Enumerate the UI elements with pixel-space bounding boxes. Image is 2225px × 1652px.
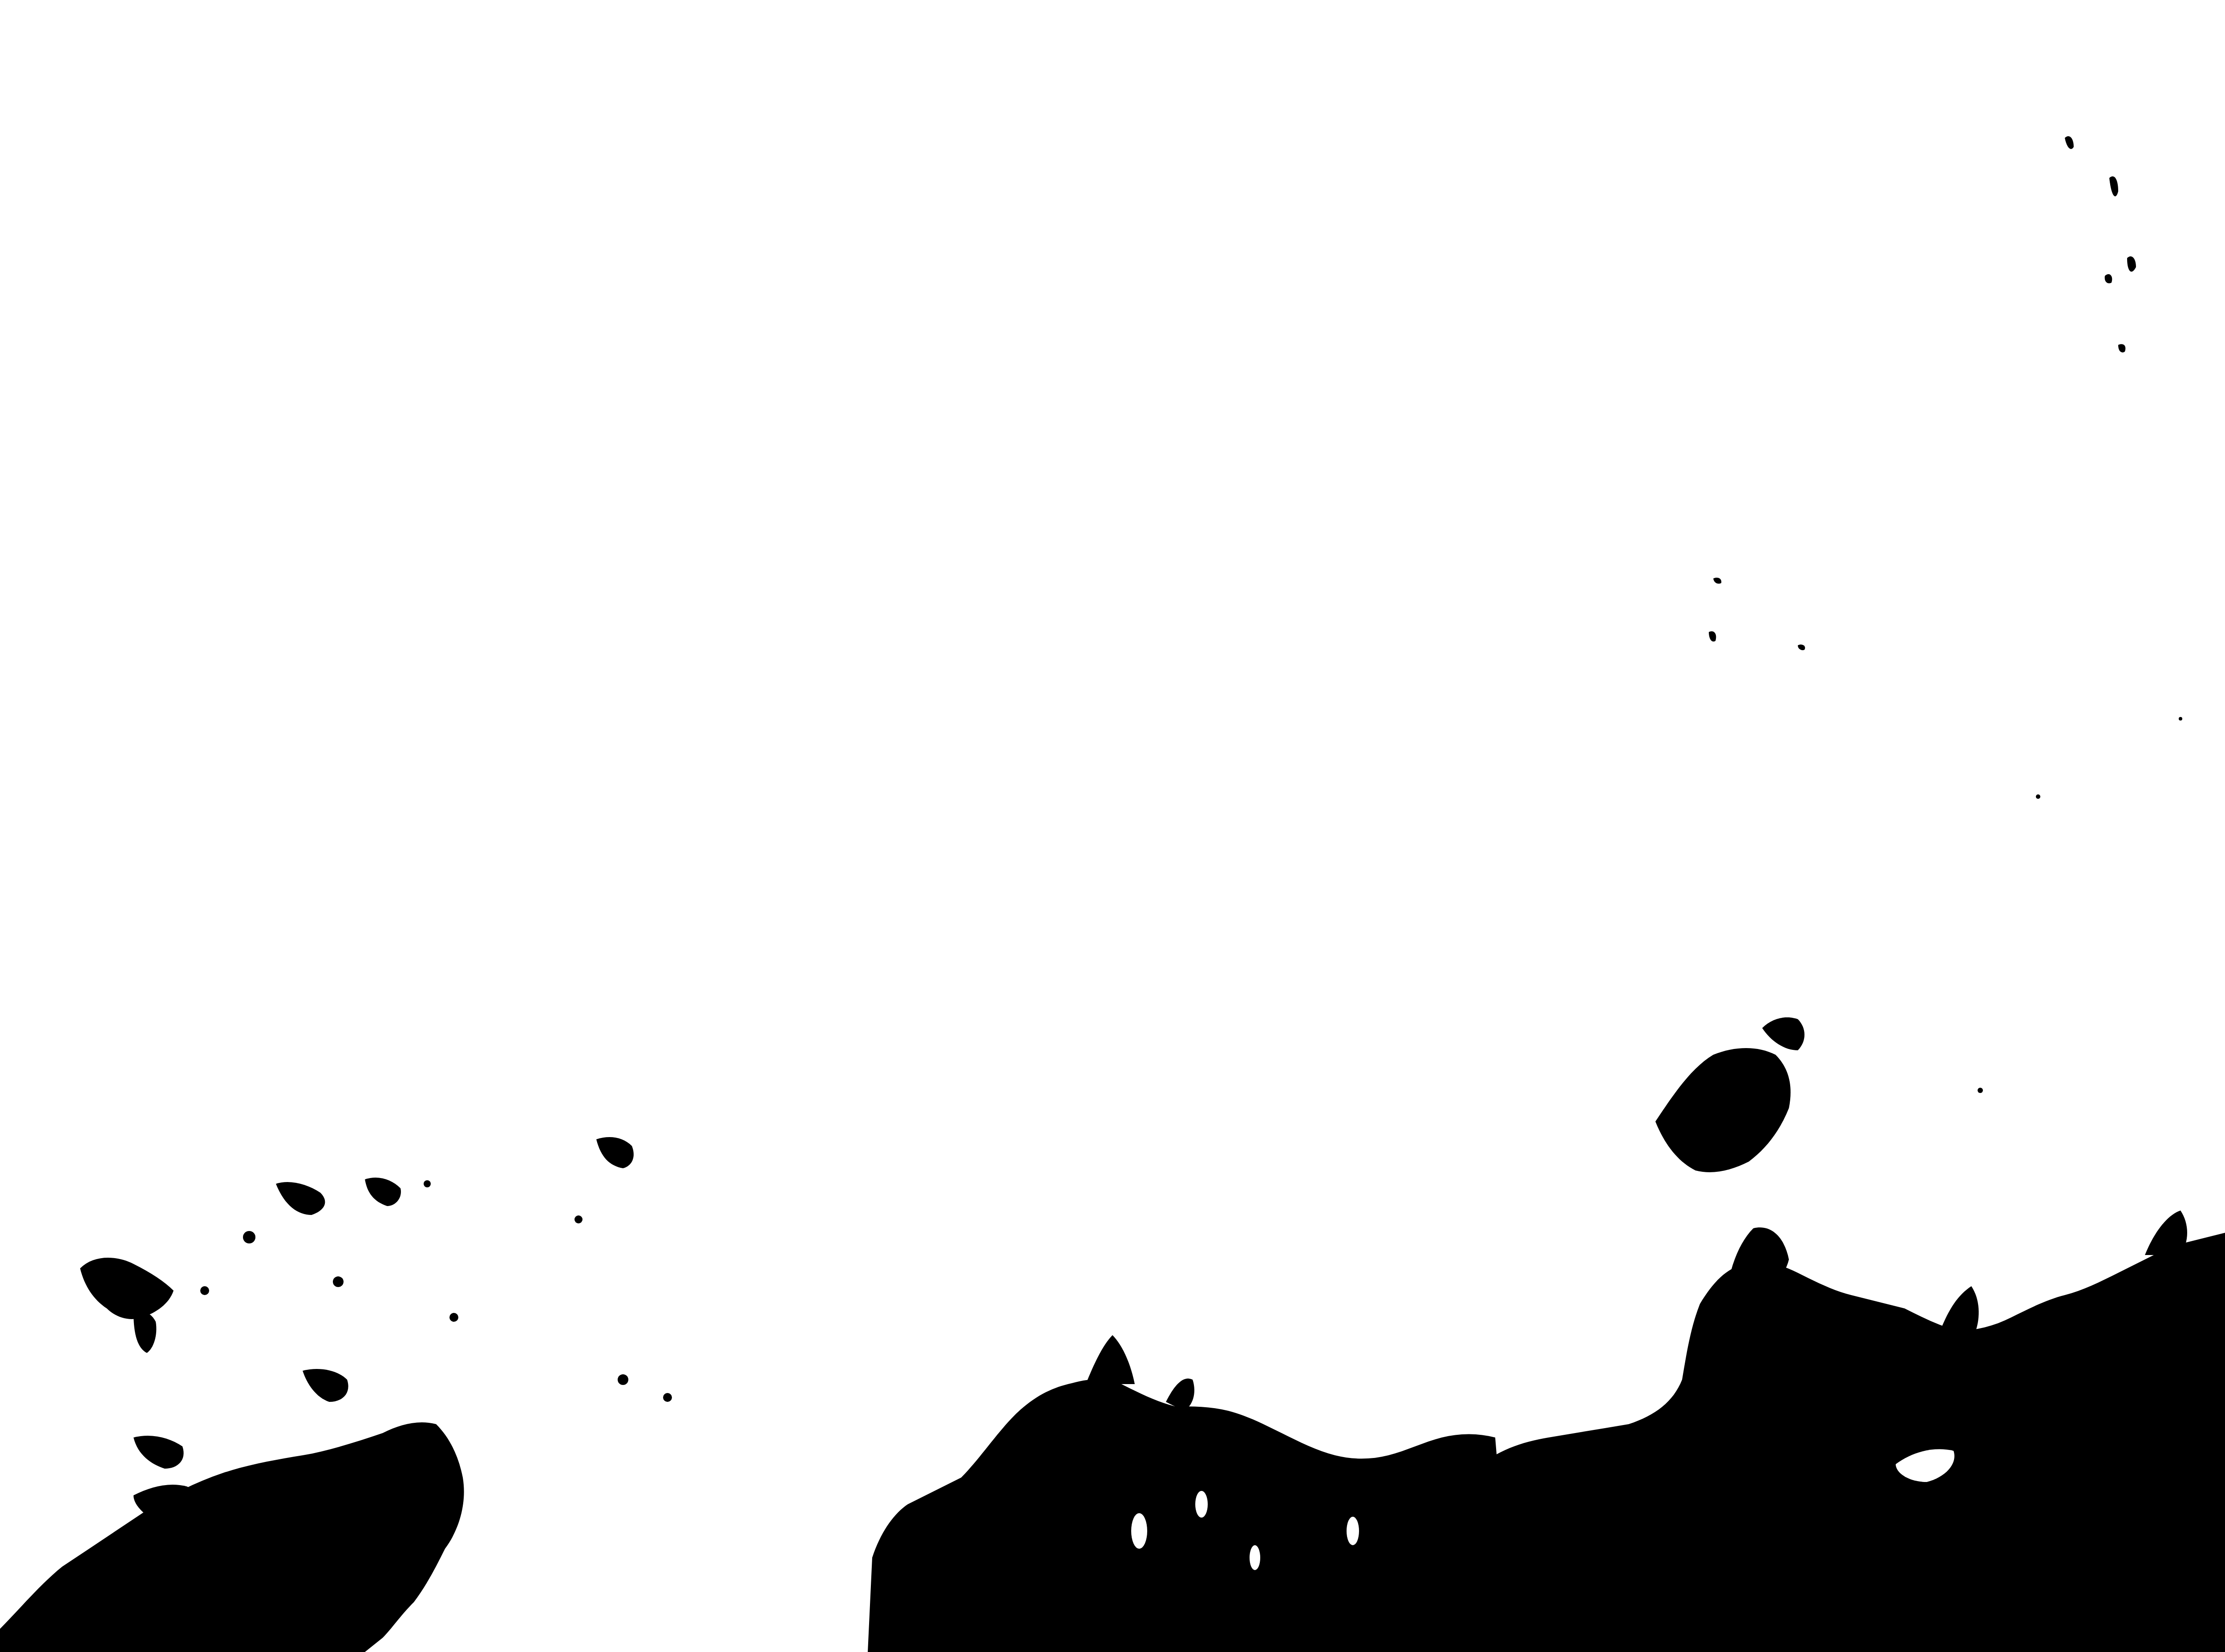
photo-scene: High-contrast black-and-white (threshold… — [0, 0, 2225, 1652]
tree-silhouette-image — [0, 0, 2225, 1652]
